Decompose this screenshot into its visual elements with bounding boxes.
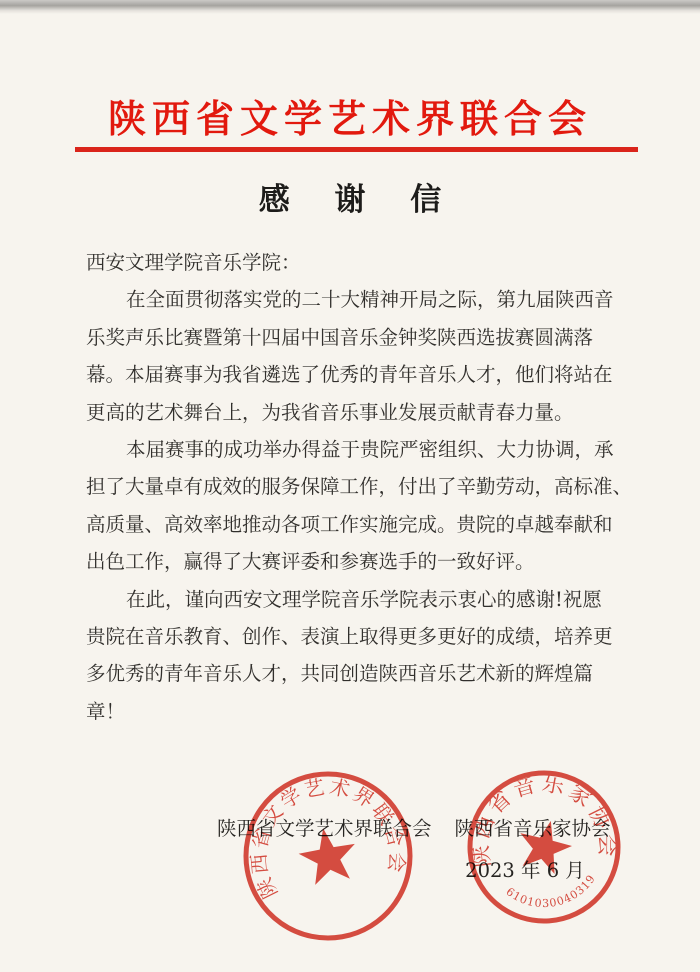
body-line: 高质量、高效率地推动各项工作实施完成。贵院的卓越奉献和 — [86, 506, 631, 543]
scanned-letter-page: 陕西省文学艺术界联合会 感 谢 信 西安文理学院音乐学院： 在全面贯彻落实党的二… — [0, 0, 700, 972]
body-line: 出色工作，赢得了大赛评委和参赛选手的一致好评。 — [86, 543, 631, 580]
official-seal-right: 陕西省音乐家协会 6101030040319 — [459, 762, 629, 932]
letter-body: 西安文理学院音乐学院： 在全面贯彻落实党的二十大精神开局之际，第九届陕西音 乐奖… — [86, 244, 631, 730]
body-line: 多优秀的青年音乐人才，共同创造陕西音乐艺术新的辉煌篇 — [86, 655, 631, 692]
body-line: 担了大量卓有成效的服务保障工作，付出了辛勤劳动，高标准、 — [86, 468, 631, 505]
body-line: 章！ — [86, 693, 631, 730]
letter-date: 2023 年 6 月 — [445, 855, 605, 883]
document-title: 感 谢 信 — [0, 174, 700, 219]
body-line: 贵院在音乐教育、创作、表演上取得更多更好的成绩，培养更 — [86, 618, 631, 655]
official-seal-left: 陕西省文学艺术界联合会 — [233, 761, 423, 951]
scan-edge-shadow — [0, 0, 700, 14]
seal-ring — [233, 761, 423, 951]
letterhead-organization: 陕西省文学艺术界联合会 — [0, 88, 700, 143]
signature-org-primary: 陕西省文学艺术界联合会 — [217, 817, 432, 840]
body-line: 幕。本届赛事为我省遴选了优秀的青年音乐人才，他们将站在 — [86, 356, 631, 393]
signature-org-secondary: 陕西省音乐家协会 — [455, 817, 611, 840]
salutation: 西安文理学院音乐学院： — [86, 244, 631, 281]
body-line: 在此，谨向西安文理学院音乐学院表示衷心的感谢!祝愿 — [86, 581, 631, 618]
letterhead-rule — [75, 147, 638, 152]
signature-row: 陕西省文学艺术界联合会陕西省音乐家协会 — [217, 813, 611, 841]
body-line: 在全面贯彻落实党的二十大精神开局之际，第九届陕西音 — [86, 281, 631, 318]
body-line: 乐奖声乐比赛暨第十四届中国音乐金钟奖陕西选拔赛圆满落 — [86, 319, 631, 356]
body-line: 更高的艺术舞台上，为我省音乐事业发展贡献青春力量。 — [86, 394, 631, 431]
seal-ring — [465, 768, 623, 926]
body-line: 本届赛事的成功举办得益于贵院严密组织、大力协调，承 — [86, 431, 631, 468]
